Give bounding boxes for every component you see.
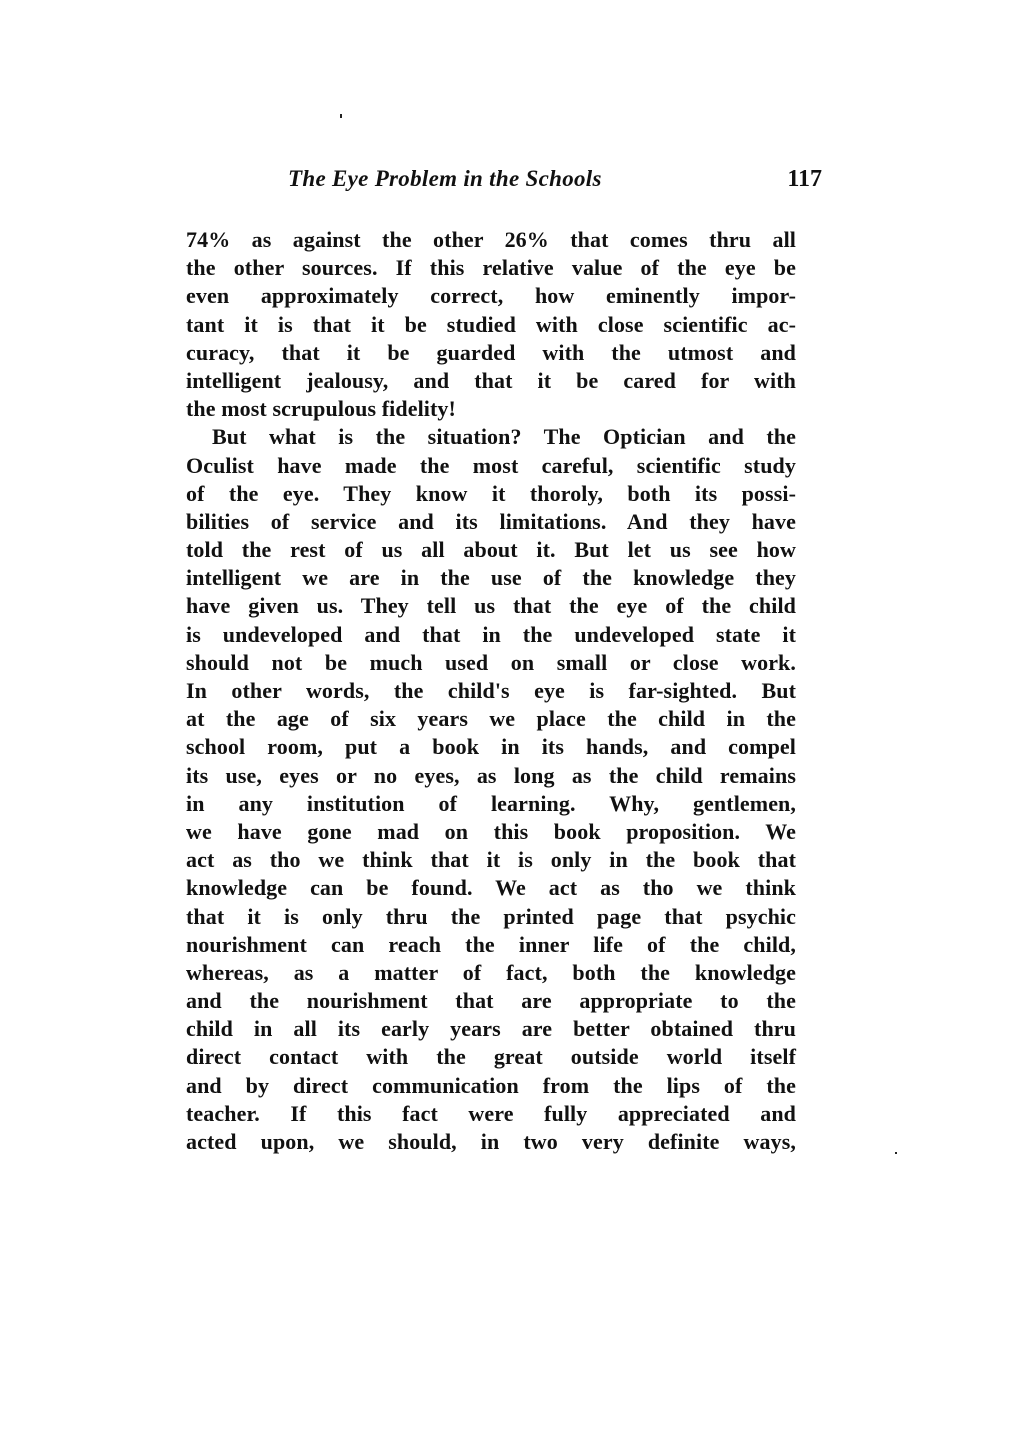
text-line: that it is only thru the printed page th… (186, 903, 796, 931)
text-line: act as tho we think that it is only in t… (186, 846, 796, 874)
text-line: curacy, that it be guarded with the utmo… (186, 339, 796, 367)
text-line: have given us. They tell us that the eye… (186, 592, 796, 620)
text-line: is undeveloped and that in the undevelop… (186, 621, 796, 649)
text-line: even approximately correct, how eminentl… (186, 282, 796, 310)
text-line: the most scrupulous fidelity! (186, 395, 796, 423)
text-line: bilities of service and its limitations.… (186, 508, 796, 536)
print-speck (340, 114, 342, 118)
text-line: teacher. If this fact were fully appreci… (186, 1100, 796, 1128)
text-line: nourishment can reach the inner life of … (186, 931, 796, 959)
body-text: 74% as against the other 26% that comes … (186, 226, 796, 1156)
running-title: The Eye Problem in the Schools (288, 166, 602, 192)
text-line: of the eye. They know it thoroly, both i… (186, 480, 796, 508)
text-line: In other words, the child's eye is far-s… (186, 677, 796, 705)
text-line: knowledge can be found. We act as tho we… (186, 874, 796, 902)
text-line: the other sources. If this relative valu… (186, 254, 796, 282)
text-line: intelligent jealousy, and that it be car… (186, 367, 796, 395)
text-line: should not be much used on small or clos… (186, 649, 796, 677)
text-line: and the nourishment that are appropriate… (186, 987, 796, 1015)
text-line: whereas, as a matter of fact, both the k… (186, 959, 796, 987)
text-line: and by direct communication from the lip… (186, 1072, 796, 1100)
text-line: its use, eyes or no eyes, as long as the… (186, 762, 796, 790)
text-line: told the rest of us all about it. But le… (186, 536, 796, 564)
text-line: 74% as against the other 26% that comes … (186, 226, 796, 254)
text-line: in any institution of learning. Why, gen… (186, 790, 796, 818)
text-line: tant it is that it be studied with close… (186, 311, 796, 339)
text-line: school room, put a book in its hands, an… (186, 733, 796, 761)
page-header: The Eye Problem in the Schools 117 (288, 166, 822, 198)
print-speck (895, 1152, 897, 1154)
page-number: 117 (787, 166, 822, 193)
text-line: Oculist have made the most careful, scie… (186, 452, 796, 480)
text-line: intelligent we are in the use of the kno… (186, 564, 796, 592)
book-page: The Eye Problem in the Schools 117 74% a… (0, 0, 1010, 1454)
text-line: direct contact with the great outside wo… (186, 1043, 796, 1071)
text-line: at the age of six years we place the chi… (186, 705, 796, 733)
text-line: child in all its early years are better … (186, 1015, 796, 1043)
text-line: we have gone mad on this book propositio… (186, 818, 796, 846)
text-line: acted upon, we should, in two very defin… (186, 1128, 796, 1156)
text-line: But what is the situation? The Optician … (186, 423, 796, 451)
